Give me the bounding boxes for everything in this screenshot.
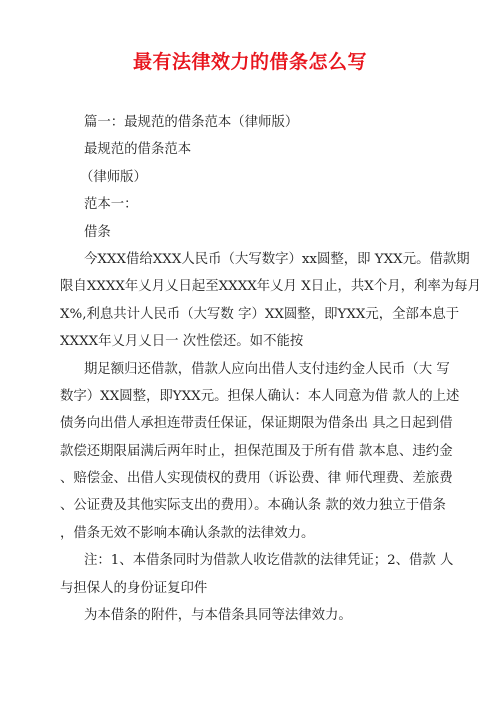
document-page: 最有法律效力的借条怎么写 篇一：最规范的借条范本（律师版） 最规范的借条范本 （… (0, 0, 500, 707)
paragraph-line: 、赔偿金、出借人实现债权的费用（诉讼费、律 师代理费、差旅费 (60, 465, 450, 492)
section-heading: 篇一：最规范的借条范本（律师版） (60, 109, 450, 136)
document-title: 最有法律效力的借条怎么写 (0, 47, 500, 74)
paragraph-line: 限自XXXX年乂月乂日起至XXXX年乂月 X日止，共X个月，利率为每月 (60, 273, 450, 300)
paragraph-line: 债务向出借人承担连带责任保证，保证期限为借条出 具之日起到借 (60, 410, 450, 437)
paragraph-line: X%,利息共计人民币（大写数 字）XX圆整，即YXX元，全部本息于 (60, 301, 450, 328)
paragraph-line: 、公证费及其他实际支出的费用）。本确认条 款的效力独立于借条 (60, 492, 450, 519)
subtitle-note: （律师版） (60, 164, 450, 191)
document-body: 篇一：最规范的借条范本（律师版） 最规范的借条范本 （律师版） 范本一： 借条 … (60, 109, 450, 629)
note-line: 与担保人的身份证复印件 (60, 575, 450, 602)
paragraph-line: 数字）XX圆整，即YXX元。担保人确认：本人同意为借 款人的上述 (60, 383, 450, 410)
note-line: 为本借条的附件，与本借条具同等法律效力。 (60, 602, 450, 629)
paragraph-line: 期足额归还借款，借款人应向出借人支付违约金人民币（大 写 (60, 356, 450, 383)
note-line: 注：1、本借条同时为借款人收讫借款的法律凭证；2、借款 人 (60, 547, 450, 574)
paragraph-line: 今XXX借给XXX人民币（大写数字）xx圆整，即 YXX元。借款期 (60, 246, 450, 273)
paragraph-line: XXXX年乂月乂日一 次性偿还。如不能按 (60, 328, 450, 355)
iou-heading: 借条 (60, 219, 450, 246)
paragraph-line: ，借条无效不影响本确认条款的法律效力。 (60, 520, 450, 547)
template-label: 范本一： (60, 191, 450, 218)
paragraph-line: 款偿还期限届满后两年时止，担保范围及于所有借 款本息、违约金 (60, 438, 450, 465)
subtitle: 最规范的借条范本 (60, 136, 450, 163)
